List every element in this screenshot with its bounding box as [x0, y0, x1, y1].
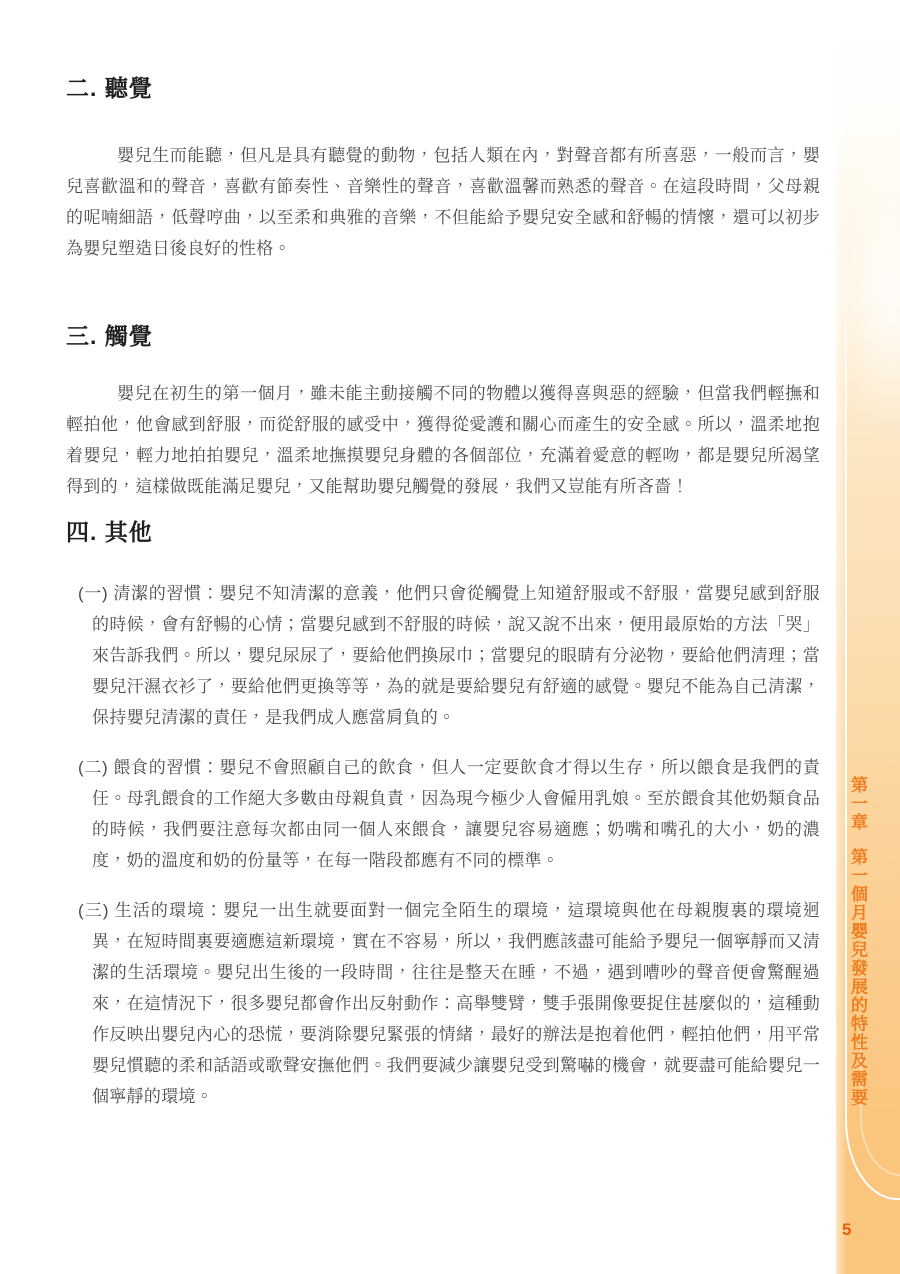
page-number: 5 [842, 1220, 851, 1240]
section-other: 四. 其他 (一)清潔的習慣：嬰兒不知清潔的意義，他們只會從觸覺上知道舒服或不舒… [66, 518, 820, 1112]
list-item-feeding: (二)餵食的習慣：嬰兒不會照顧自己的飲食，但人一定要飲食才得以生存，所以餵食是我… [66, 752, 820, 876]
section-touch: 三. 觸覺 嬰兒在初生的第一個月，雖未能主動接觸不同的物體以獲得喜與惡的經驗，但… [66, 322, 820, 502]
numbered-list: (一)清潔的習慣：嬰兒不知清潔的意義，他們只會從觸覺上知道舒服或不舒服，當嬰兒感… [66, 578, 820, 1112]
list-marker: (二) [78, 758, 108, 777]
chapter-title: 第一個月嬰兒發展的特性及需要 [848, 848, 867, 1107]
paragraph-hearing: 嬰兒生而能聽，但凡是具有聽覺的動物，包括人類在內，對聲音都有所喜惡，一般而言，嬰… [66, 140, 820, 264]
section-hearing: 二. 聽覺 嬰兒生而能聽，但凡是具有聽覺的動物，包括人類在內，對聲音都有所喜惡，… [66, 74, 820, 264]
list-marker: (一) [78, 584, 108, 603]
list-item-cleanliness: (一)清潔的習慣：嬰兒不知清潔的意義，他們只會從觸覺上知道舒服或不舒服，當嬰兒感… [66, 578, 820, 733]
section-heading-hearing: 二. 聽覺 [66, 74, 820, 102]
list-text: 餵食的習慣：嬰兒不會照顧自己的飲食，但人一定要飲食才得以生存，所以餵食是我們的責… [92, 758, 820, 870]
chapter-tab: 第一章第一個月嬰兒發展的特性及需要 [849, 776, 866, 1107]
section-heading-touch: 三. 觸覺 [66, 322, 820, 350]
sidebar-curve-line [845, 130, 847, 1010]
sidebar-decoration: 第一章第一個月嬰兒發展的特性及需要 5 [836, 0, 900, 1274]
list-marker: (三) [78, 901, 109, 920]
main-text-column: 二. 聽覺 嬰兒生而能聽，但凡是具有聽覺的動物，包括人類在內，對聲音都有所喜惡，… [66, 0, 820, 1112]
section-heading-other: 四. 其他 [66, 518, 820, 546]
list-item-environment: (三)生活的環境：嬰兒一出生就要面對一個完全陌生的環境，這環境與他在母親腹裏的環… [66, 895, 820, 1112]
paragraph-touch: 嬰兒在初生的第一個月，雖未能主動接觸不同的物體以獲得喜與惡的經驗，但當我們輕撫和… [66, 378, 820, 502]
document-page: 第一章第一個月嬰兒發展的特性及需要 5 二. 聽覺 嬰兒生而能聽，但凡是具有聽覺… [0, 0, 900, 1274]
chapter-label: 第一章 [848, 776, 867, 832]
list-text: 清潔的習慣：嬰兒不知清潔的意義，他們只會從觸覺上知道舒服或不舒服，當嬰兒感到舒服… [92, 584, 820, 727]
list-text: 生活的環境：嬰兒一出生就要面對一個完全陌生的環境，這環境與他在母親腹裏的環境迥異… [92, 901, 820, 1106]
